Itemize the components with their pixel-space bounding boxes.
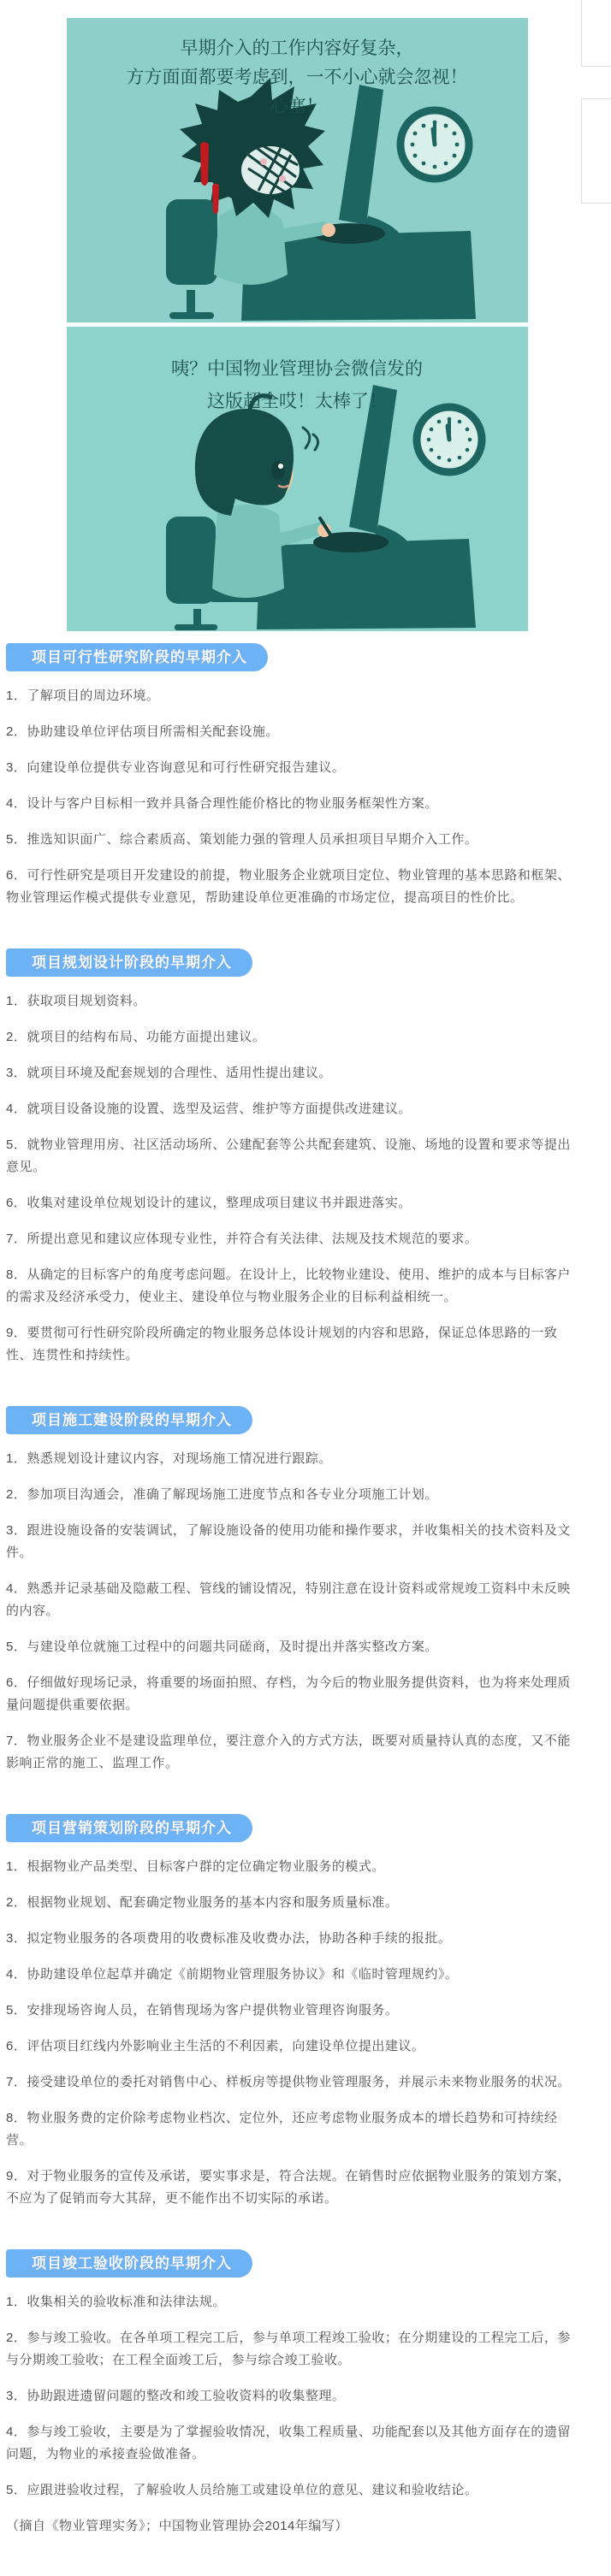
side-panel-card: [581, 98, 611, 204]
desk: [257, 539, 476, 629]
list-item: 3．协助跟进遗留问题的整改和竣工验收资料的收集整理。: [6, 2385, 573, 2408]
list-item: 6．可行性研究是项目开发建设的前提，物业服务企业就项目定位、物业管理的基本思路和…: [6, 865, 573, 909]
list-item: 2．参加项目沟通会，准确了解现场施工进度节点和各专业分项施工计划。: [6, 1484, 573, 1506]
clock-icon: [417, 407, 482, 472]
list-item: 7．物业服务企业不是建设监理单位，要注意介入的方式方法，既要对质量持认真的态度，…: [6, 1730, 573, 1775]
list-item: 1．获取项目规划资料。: [6, 990, 573, 1013]
comic1-line2: 方方面面都要考虑到，一不小心就会忽视！: [127, 68, 468, 88]
list-item: 6．收集对建设单位规划设计的建议，整理成项目建议书并跟进落实。: [6, 1192, 573, 1214]
list-item: 9．对于物业服务的宣传及承诺，要实事求是，符合法规。在销售时应依据物业服务的策划…: [6, 2165, 573, 2210]
article-page: 早期介入的工作内容好复杂， 方方面面都要考虑到，一不小心就会忽视！ 心塞！: [0, 0, 611, 2576]
list-item: 3．向建设单位提供专业咨询意见和可行性研究报告建议。: [6, 757, 573, 779]
list-item: 2．就项目的结构布局、功能方面提出建议。: [6, 1026, 573, 1049]
list-item: 2．协助建设单位评估项目所需相关配套设施。: [6, 721, 573, 743]
person-arm: [276, 228, 323, 237]
list-item: 1．根据物业产品类型、目标客户群的定位确定物业服务的模式。: [6, 1856, 573, 1878]
list-item: 4．协助建设单位起草并确定《前期物业管理服务协议》和《临时管理规约》。: [6, 1964, 573, 1986]
list-item: 5．就物业管理用房、社区活动场所、公建配套等公共配套建筑、设施、场地的设置和要求…: [6, 1134, 573, 1179]
comic-illustration-happy: 咦？中国物业管理协会微信发的 这版超全哎！太棒了！: [67, 327, 528, 631]
source-note: （摘自《物业管理实务》；中国物业管理协会2014年编写）: [6, 2515, 573, 2538]
list-item: 7．接受建设单位的委托对销售中心、样板房等提供物业管理服务，并展示未来物业服务的…: [6, 2071, 573, 2094]
article-body: 项目可行性研究阶段的早期介入1．了解项目的周边环境。2．协助建设单位评估项目所需…: [0, 631, 611, 2576]
comic2-line1: 咦？中国物业管理协会微信发的: [171, 359, 423, 379]
list-item: 3．跟进设施设备的安装调试，了解设施设备的使用功能和操作要求，并收集相关的技术资…: [6, 1520, 573, 1564]
list-item: 8．物业服务费的定价除考虑物业档次、定位外，还应考虑物业服务成本的增长趋势和可持…: [6, 2107, 573, 2152]
list-item: 5．应跟进验收过程，了解验收人员给施工或建设单位的意见、建议和验收结论。: [6, 2479, 573, 2502]
comic-illustration-stressed: 早期介入的工作内容好复杂， 方方面面都要考虑到，一不小心就会忽视！ 心塞！: [67, 18, 528, 322]
list-item: 3．就项目环境及配套规划的合理性、适用性提出建议。: [6, 1062, 573, 1084]
list-item: 1．熟悉规划设计建议内容，对现场施工情况进行跟踪。: [6, 1448, 573, 1470]
sections-list: 项目可行性研究阶段的早期介入1．了解项目的周边环境。2．协助建设单位评估项目所需…: [6, 631, 573, 2502]
list-item: 6．评估项目红线内外影响业主生活的不利因素，向建设单位提出建议。: [6, 2035, 573, 2058]
list-item: 4．设计与客户目标相一致并具备合理性能价格比的物业服务框架性方案。: [6, 793, 573, 815]
section-header: 项目规划设计阶段的早期介入: [6, 948, 252, 977]
list-item: 9．要贯彻可行性研究阶段所确定的物业服务总体设计规划的内容和思路，保证总体思路的…: [6, 1322, 573, 1367]
list-item: 2．参与竣工验收。在各单项工程完工后，参与单项工程竣工验收；在分期建设的工程完工…: [6, 2327, 573, 2372]
list-item: 2．根据物业规划、配套确定物业服务的基本内容和服务质量标准。: [6, 1892, 573, 1914]
comic1-line1: 早期介入的工作内容好复杂，: [181, 38, 414, 59]
list-item: 1．收集相关的验收标准和法律法规。: [6, 2291, 573, 2313]
section-header: 项目营销策划阶段的早期介入: [6, 1814, 252, 1842]
section-header: 项目竣工验收阶段的早期介入: [6, 2249, 252, 2278]
list-item: 4．熟悉并记录基础及隐蔽工程、管线的铺设情况，特别注意在设计资料或常规竣工资料中…: [6, 1578, 573, 1622]
person-hand: [322, 223, 335, 237]
list-item: 5．与建设单位就施工过程中的问题共同磋商，及时提出并落实整改方案。: [6, 1636, 573, 1658]
section-header: 项目施工建设阶段的早期介入: [6, 1406, 252, 1434]
list-item: 5．推选知识面广、综合素质高、策划能力强的管理人员承担项目早期介入工作。: [6, 829, 573, 851]
clock-icon: [400, 110, 469, 179]
list-item: 1．了解项目的周边环境。: [6, 685, 573, 707]
list-item: 7．所提出意见和建议应体现专业性，并符合有关法律、法规及技术规范的要求。: [6, 1228, 573, 1250]
list-item: 8．从确定的目标客户的角度考虑问题。在设计上，比较物业建设、使用、维护的成本与目…: [6, 1264, 573, 1309]
person-body: [214, 205, 288, 285]
side-panel-card: [581, 0, 611, 67]
list-item: 6．仔细做好现场记录，将重要的场面拍照、存档，为今后的物业服务提供资料，也为将来…: [6, 1672, 573, 1716]
section-header: 项目可行性研究阶段的早期介入: [6, 643, 268, 671]
comic2-line2: 这版超全哎！太棒了！: [207, 392, 387, 411]
list-item: 3．拟定物业服务的各项费用的收费标准及收费办法，协助各种手续的报批。: [6, 1928, 573, 1950]
list-item: 5．安排现场咨询人员，在销售现场为客户提供物业管理咨询服务。: [6, 2000, 573, 2022]
comic1-line3: 心塞！: [270, 97, 324, 116]
list-item: 4．就项目设备设施的设置、选型及运营、维护等方面提供改进建议。: [6, 1098, 573, 1120]
list-item: 4．参与竣工验收，主要是为了掌握验收情况，收集工程质量、功能配套以及其他方面存在…: [6, 2421, 573, 2466]
